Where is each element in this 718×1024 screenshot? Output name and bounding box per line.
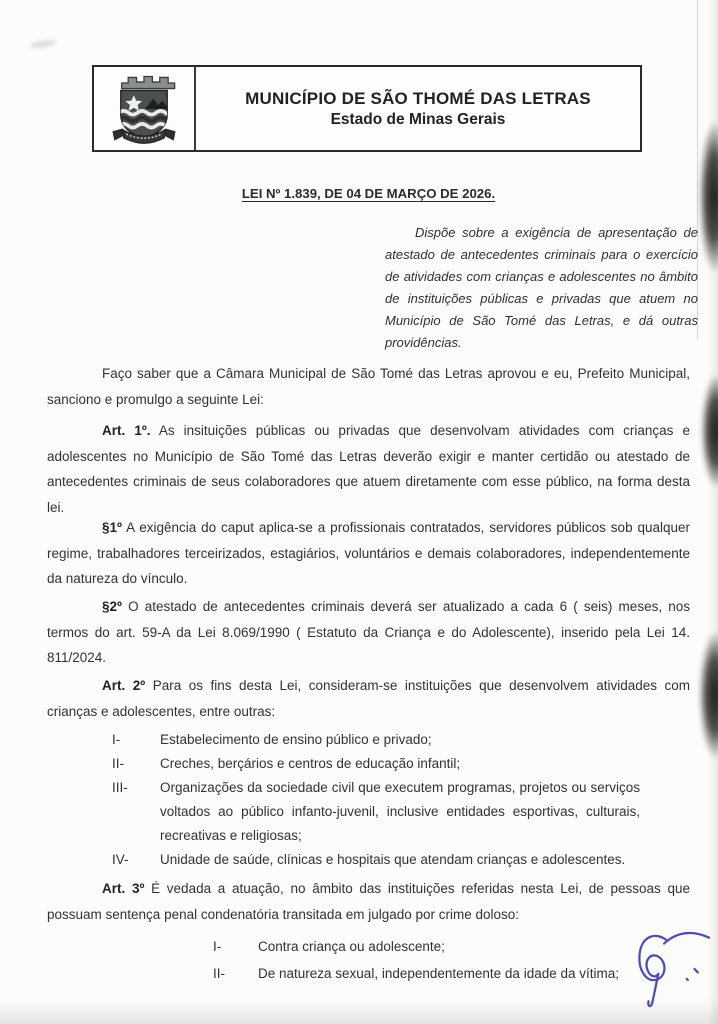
item-numeral: II- xyxy=(213,960,258,987)
epigraph: Dispõe sobre a exigência de apresentação… xyxy=(385,222,698,354)
article-3: Art. 3º É vedada a atuação, no âmbito da… xyxy=(47,876,690,927)
article-2: Art. 2º Para os fins desta Lei, consider… xyxy=(47,673,690,724)
article-3-item-list: I- Contra criança ou adolescente; II- De… xyxy=(213,933,688,987)
item-numeral: I- xyxy=(112,728,160,752)
scan-edge-shade xyxy=(708,0,718,1024)
state-name: Estado de Minas Gerais xyxy=(331,111,506,129)
item-text: Contra criança ou adolescente; xyxy=(258,933,688,960)
item-numeral: III- xyxy=(112,776,160,848)
item-text: Organizações da sociedade civil que exec… xyxy=(160,776,640,848)
article-2-label: Art. 2º xyxy=(102,678,145,693)
paragraph-2-label: §2º xyxy=(102,599,122,614)
coat-of-arms-icon xyxy=(103,70,185,148)
letterhead: MUNICÍPIO DE SÃO THOMÉ DAS LETRAS Estado… xyxy=(92,65,642,152)
paragraph-2: §2º O atestado de antecedentes criminais… xyxy=(47,594,690,671)
article-1-label: Art. 1º. xyxy=(102,423,151,438)
item-numeral: I- xyxy=(213,933,258,960)
scanned-law-document-page: MUNICÍPIO DE SÃO THOMÉ DAS LETRAS Estado… xyxy=(0,0,718,1024)
item-numeral: II- xyxy=(112,752,160,776)
scan-smudge xyxy=(30,39,57,49)
preamble: Faço saber que a Câmara Municipal de São… xyxy=(47,361,690,412)
list-item: I- Contra criança ou adolescente; xyxy=(213,933,688,960)
law-title: LEI Nº 1.839, DE 04 DE MARÇO DE 2026. xyxy=(47,186,690,201)
item-text: Creches, berçários e centros de educação… xyxy=(160,752,640,776)
crest-cell xyxy=(94,67,196,150)
scan-bottom-shade xyxy=(0,998,718,1024)
paragraph-1-text: A exigência do caput aplica-se a profiss… xyxy=(47,520,690,586)
list-item: II- Creches, berçários e centros de educ… xyxy=(112,752,640,776)
letterhead-text: MUNICÍPIO DE SÃO THOMÉ DAS LETRAS Estado… xyxy=(196,67,640,150)
paragraph-1: §1º A exigência do caput aplica-se a pro… xyxy=(47,515,690,592)
list-item: IV- Unidade de saúde, clínicas e hospita… xyxy=(112,848,640,872)
list-item: I- Estabelecimento de ensino público e p… xyxy=(112,728,640,752)
paragraph-1-label: §1º xyxy=(102,520,122,535)
item-text: Unidade de saúde, clínicas e hospitais q… xyxy=(160,848,640,872)
item-text: Estabelecimento de ensino público e priv… xyxy=(160,728,640,752)
paragraph-2-text: O atestado de antecedentes criminais dev… xyxy=(47,599,690,665)
municipality-name: MUNICÍPIO DE SÃO THOMÉ DAS LETRAS xyxy=(245,89,591,109)
item-numeral: IV- xyxy=(112,848,160,872)
list-item: II- De natureza sexual, independentement… xyxy=(213,960,688,987)
article-3-label: Art. 3º xyxy=(102,881,144,896)
article-3-text: É vedada a atuação, no âmbito das instit… xyxy=(47,881,690,922)
article-2-item-list: I- Estabelecimento de ensino público e p… xyxy=(112,728,640,872)
item-text: De natureza sexual, independentemente da… xyxy=(258,960,688,987)
article-1: Art. 1º. As insituições públicas ou priv… xyxy=(47,418,690,520)
list-item: III- Organizações da sociedade civil que… xyxy=(112,776,640,848)
